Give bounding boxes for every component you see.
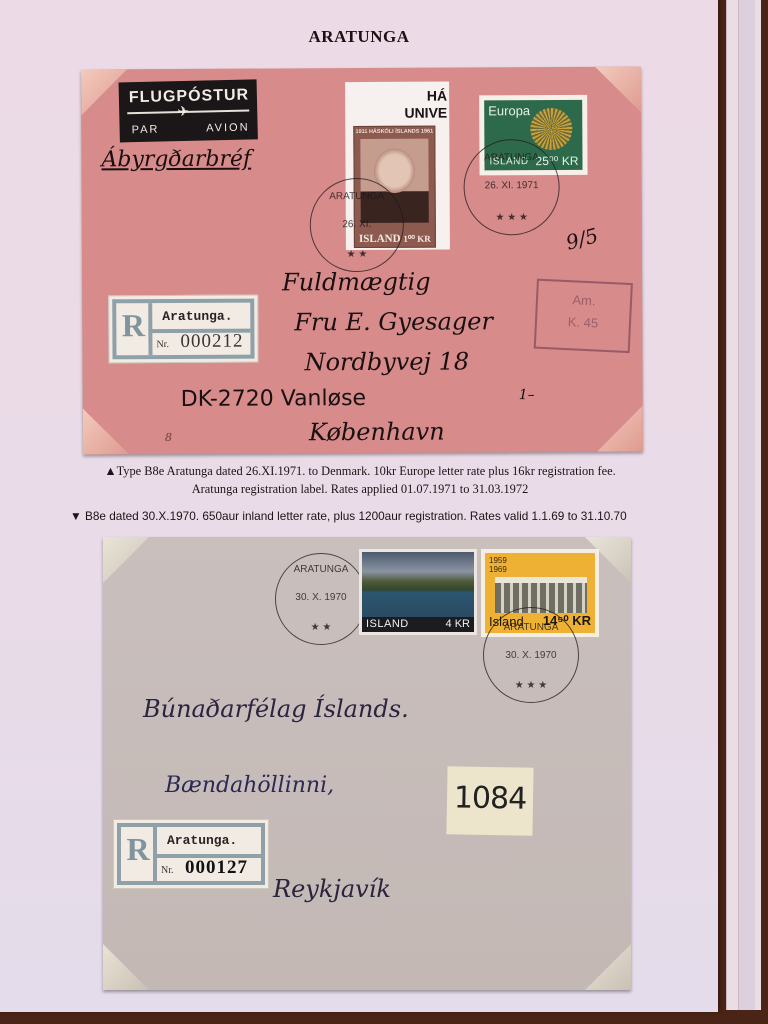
box-handstamp: Am. K. 45 [534,279,633,353]
caption-cover-1: ▲Type B8e Aratunga dated 26.XI.1971. to … [60,462,660,498]
corner-note: 8 [165,431,172,444]
address-line: Fuldmægtig [282,268,431,297]
registration-label: R Aratunga. Nr. 000212 [108,295,258,364]
inventory-note: 1084 [446,766,533,835]
address-line: Fru E. Gyesager [294,307,493,336]
photo-corner [585,944,631,990]
postmark: ARATUNGA 26. XI. ★ ★ [310,178,404,272]
handwritten-registered: Ábyrgðarbréf [101,147,251,173]
page-edge [738,0,755,1010]
cover-denmark-1971: FLUGPÓSTUR ✈ PAR AVION Ábyrgðarbréf HÁ U… [81,67,643,455]
cover-reykjavik-1970: ARATUNGA 30. X. 1970 ★ ★ ISLAND 4 KR 195… [103,537,631,990]
dash-mark: 1– [519,387,535,403]
stamp-landscape-4kr: ISLAND 4 KR [359,549,477,635]
postmark: ARATUNGA 26. XI. 1971 ★ ★ ★ [463,139,560,236]
address-line: Búnaðarfélag Íslands. [143,695,409,723]
postmark: ARATUNGA 30. X. 1970 ★ ★ [275,553,367,645]
airmail-par: PAR [132,124,160,137]
sun-emblem-icon [530,108,572,150]
caption-cover-2: ▼ B8e dated 30.X.1970. 650aur inland let… [70,509,690,523]
photo-corner [597,406,643,452]
album-page-stack: ARATUNGA FLUGPÓSTUR ✈ PAR AVION Ábyrgðar… [0,0,768,1024]
landscape-image [362,552,474,617]
photo-corner [595,67,641,113]
pencil-mark: 9/5 [563,223,600,255]
photo-corner [103,537,149,583]
registration-label: R Aratunga. Nr. 000127 [113,819,269,889]
album-page: ARATUNGA FLUGPÓSTUR ✈ PAR AVION Ábyrgðar… [0,0,718,1012]
address-line: Nordbyvej 18 [304,347,469,376]
address-line: Bændahöllinni, [165,773,334,798]
address-line: København [309,418,445,447]
photo-corner [103,944,149,990]
photo-corner [83,408,129,454]
souvenir-header: HÁ UNIVE [404,88,447,122]
address-line: DK-2720 Vanløse [181,386,366,412]
airmail-label-title: FLUGPÓSTUR [129,87,250,108]
airmail-label: FLUGPÓSTUR ✈ PAR AVION [119,79,258,142]
airplane-icon: ✈ [177,103,189,120]
page-title: ARATUNGA [0,27,718,47]
address-line: Reykjavík [273,875,391,903]
airmail-avion: AVION [206,122,250,135]
postmark: ARATUNGA 30. X. 1970 ★ ★ ★ [483,607,579,703]
